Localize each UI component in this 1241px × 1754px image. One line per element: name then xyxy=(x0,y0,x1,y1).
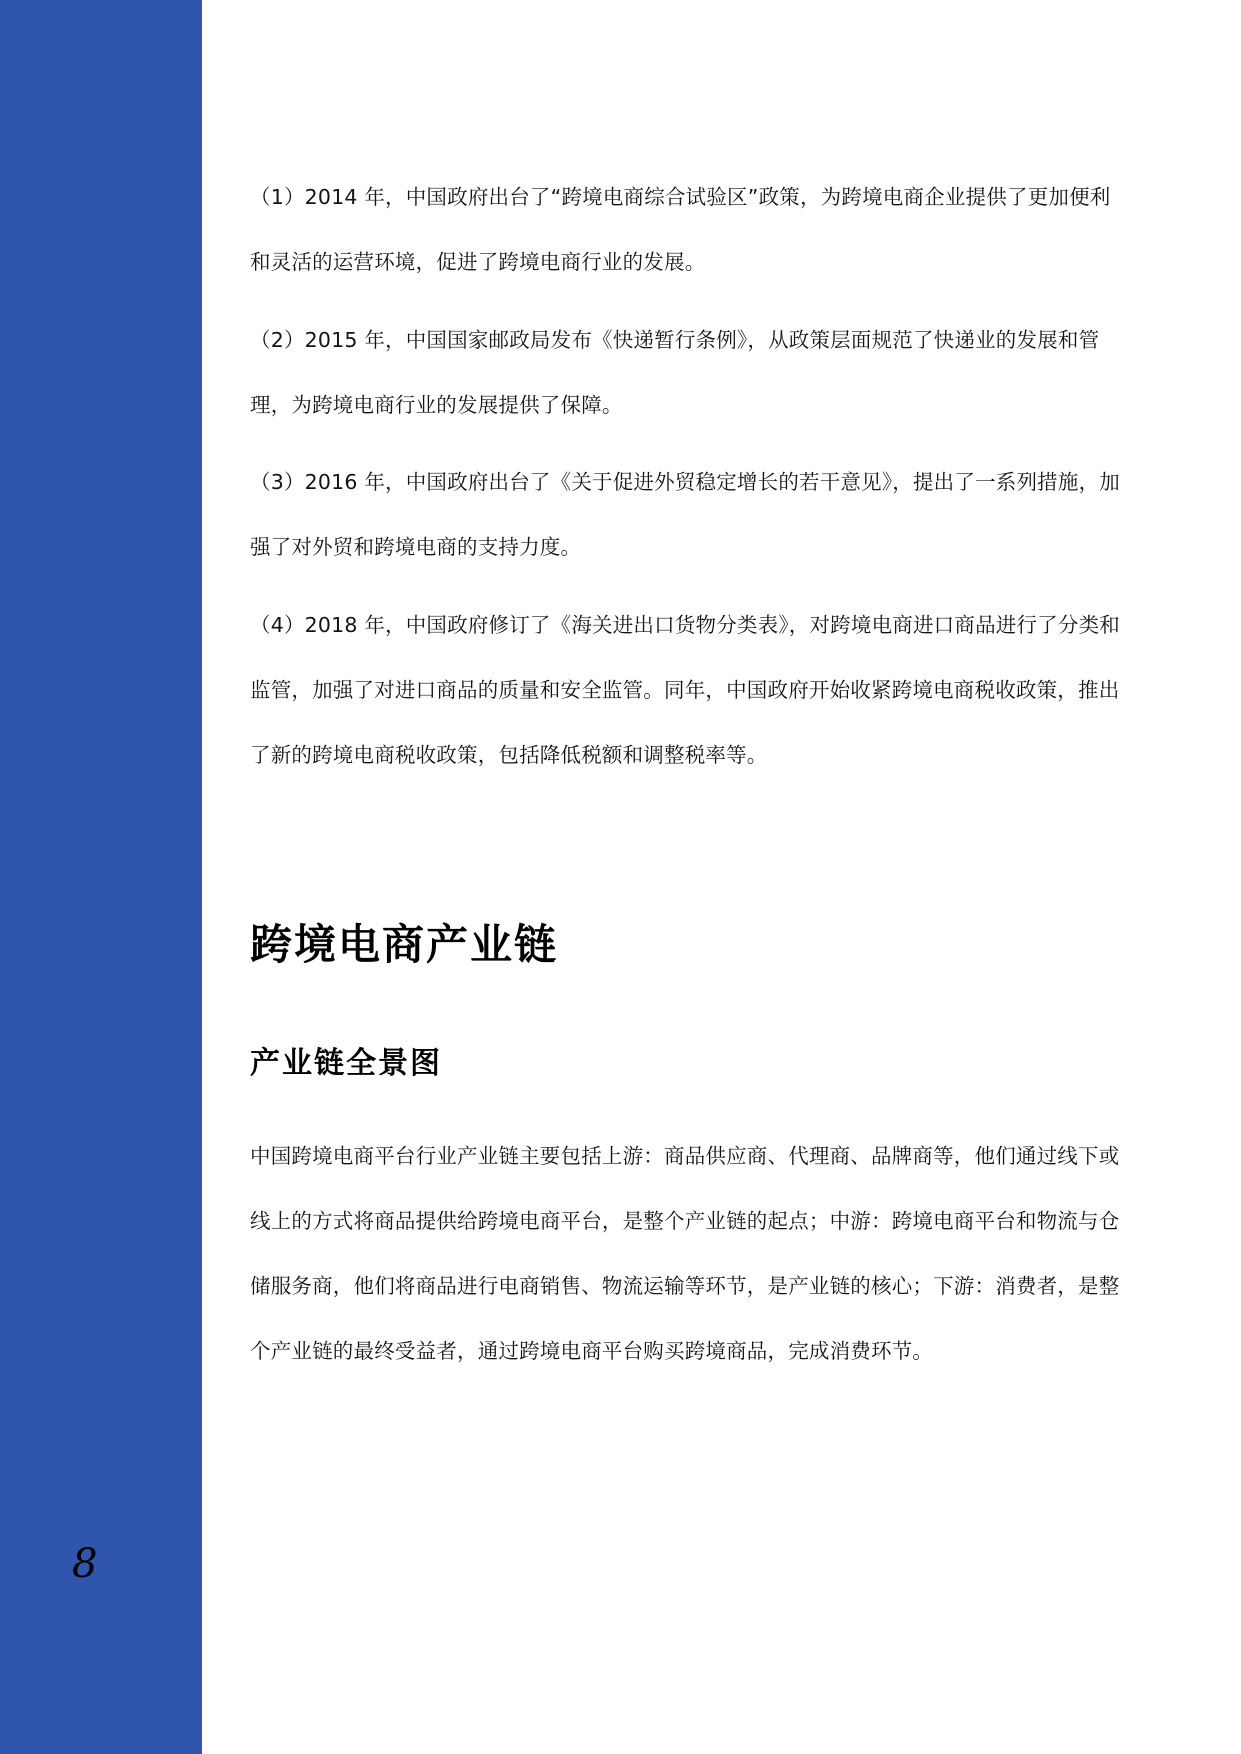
section-heading: 跨境电商产业链 xyxy=(250,918,558,972)
subsection-heading: 产业链全景图 xyxy=(250,1044,442,1084)
text-line: （4）2018 年，中国政府修订了《海关进出口货物分类表》，对跨境电商进口商品进… xyxy=(250,609,1165,674)
industry-chain-paragraph: 中国跨境电商平台行业产业链主要包括上游：商品供应商、代理商、品牌商等，他们通过线… xyxy=(250,1140,1165,1400)
policy-item-4: （4）2018 年，中国政府修订了《海关进出口货物分类表》，对跨境电商进口商品进… xyxy=(250,609,1165,804)
text-line: 个产业链的最终受益者，通过跨境电商平台购买跨境商品，完成消费环节。 xyxy=(250,1335,1165,1400)
text-line: 中国跨境电商平台行业产业链主要包括上游：商品供应商、代理商、品牌商等，他们通过线… xyxy=(250,1140,1165,1205)
page-number: 8 xyxy=(72,1540,97,1588)
text-line: （3）2016 年，中国政府出台了《关于促进外贸稳定增长的若干意见》，提出了一系… xyxy=(250,466,1165,531)
policy-item-2: （2）2015 年，中国国家邮政局发布《快递暂行条例》，从政策层面规范了快递业的… xyxy=(250,324,1165,454)
policy-item-1: （1）2014 年，中国政府出台了“跨境电商综合试验区”政策，为跨境电商企业提供… xyxy=(250,181,1165,311)
text-line: （1）2014 年，中国政府出台了“跨境电商综合试验区”政策，为跨境电商企业提供… xyxy=(250,181,1165,246)
text-line: 线上的方式将商品提供给跨境电商平台，是整个产业链的起点；中游：跨境电商平台和物流… xyxy=(250,1205,1165,1270)
text-line: 储服务商，他们将商品进行电商销售、物流运输等环节，是产业链的核心；下游：消费者，… xyxy=(250,1270,1165,1335)
text-line: 了新的跨境电商税收政策，包括降低税额和调整税率等。 xyxy=(250,739,1165,804)
text-line: 强了对外贸和跨境电商的支持力度。 xyxy=(250,531,1165,596)
sidebar-band: 8 xyxy=(0,0,202,1754)
text-line: 和灵活的运营环境，促进了跨境电商行业的发展。 xyxy=(250,246,1165,311)
policy-item-3: （3）2016 年，中国政府出台了《关于促进外贸稳定增长的若干意见》，提出了一系… xyxy=(250,466,1165,596)
text-line: （2）2015 年，中国国家邮政局发布《快递暂行条例》，从政策层面规范了快递业的… xyxy=(250,324,1165,389)
text-line: 监管，加强了对进口商品的质量和安全监管。同年，中国政府开始收紧跨境电商税收政策，… xyxy=(250,674,1165,739)
text-line: 理，为跨境电商行业的发展提供了保障。 xyxy=(250,389,1165,454)
